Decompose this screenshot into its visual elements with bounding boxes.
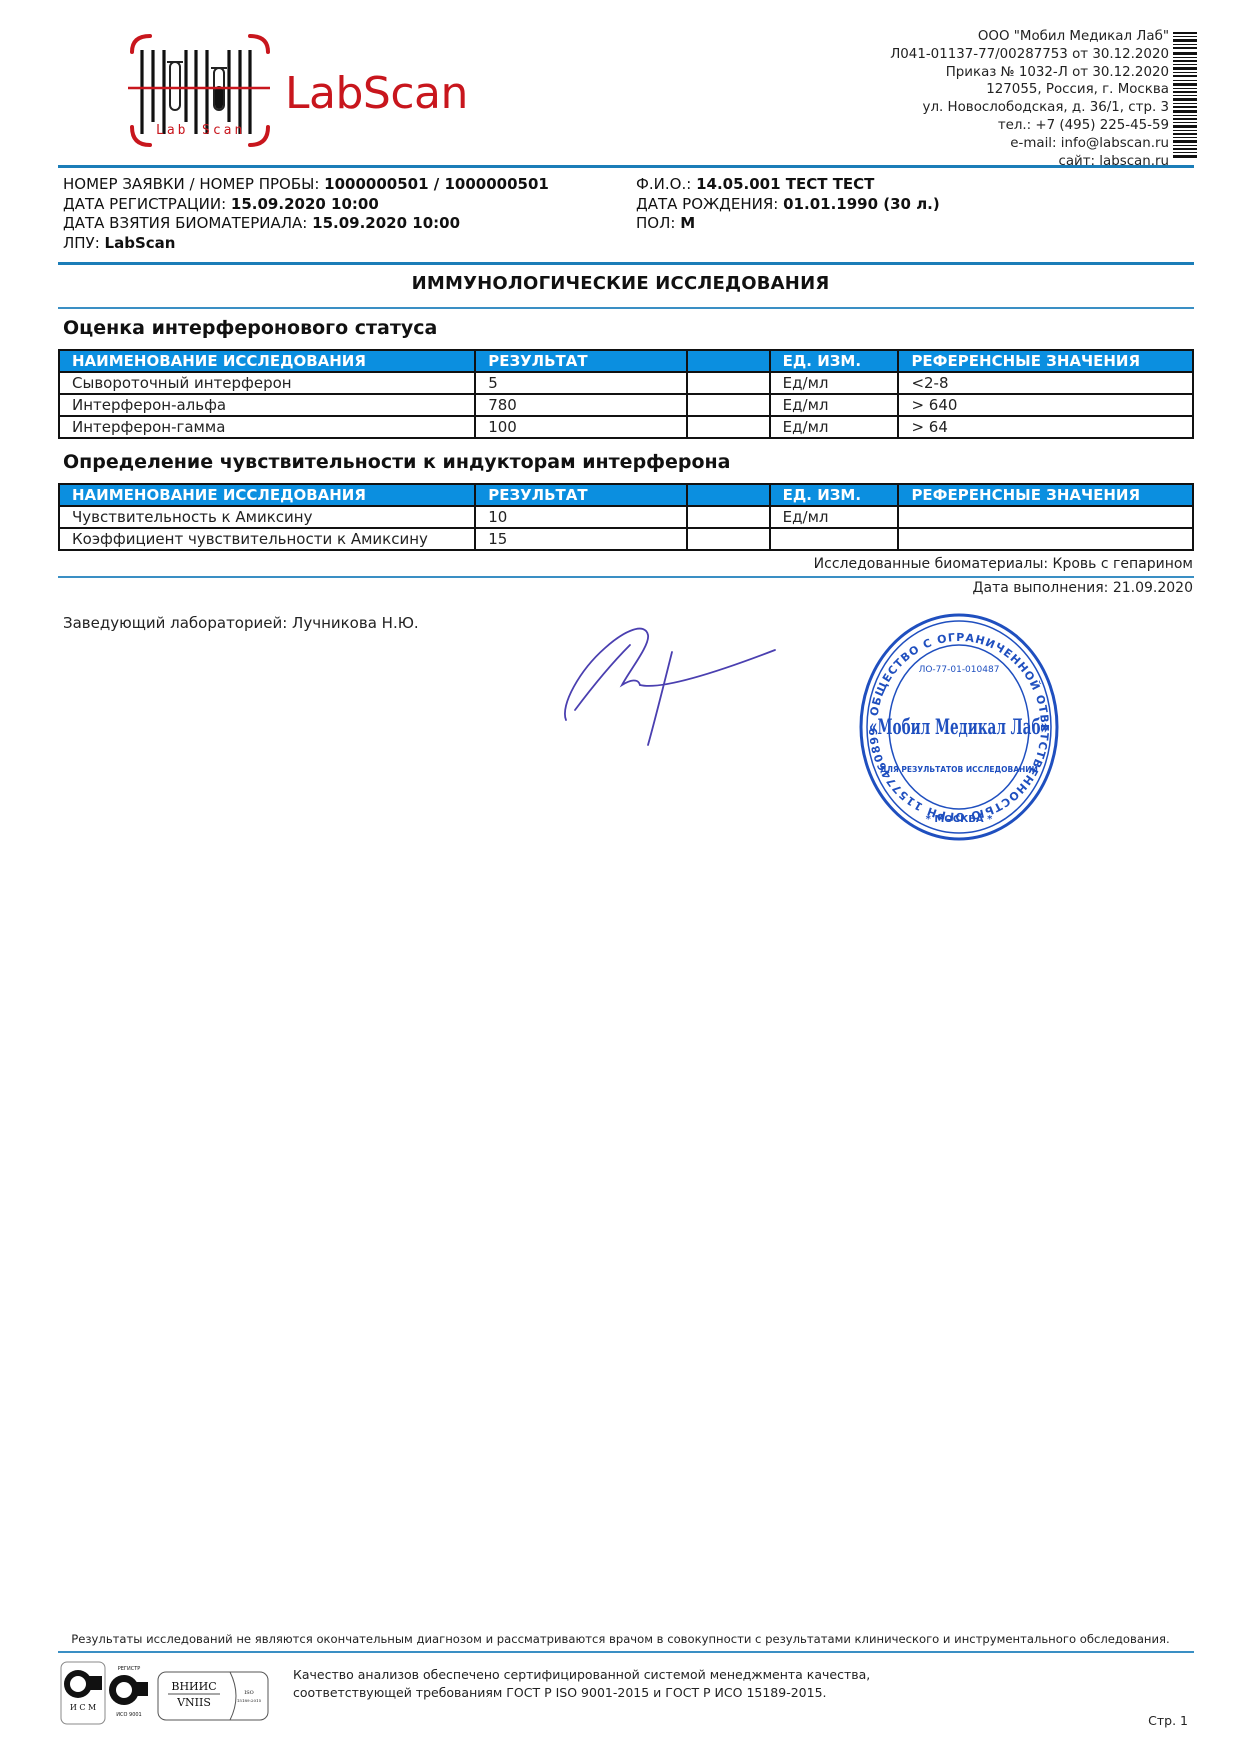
svg-text:* МОСКВА *: * МОСКВА * bbox=[926, 814, 994, 825]
test-result: 10 bbox=[475, 506, 687, 528]
test-flag bbox=[687, 506, 770, 528]
registration-date: ДАТА РЕГИСТРАЦИИ: 15.09.2020 10:00 bbox=[63, 195, 549, 215]
svg-text:15189:2015: 15189:2015 bbox=[237, 1698, 262, 1703]
lpu: ЛПУ: LabScan bbox=[63, 234, 549, 254]
footer-disclaimer: Результаты исследований не являются окон… bbox=[0, 1632, 1241, 1646]
svg-text:И С М: И С М bbox=[70, 1703, 96, 1712]
table-row: Сывороточный интерферон 5 Ед/мл <2-8 bbox=[59, 372, 1193, 394]
company-order: Приказ № 1032-Л от 30.12.2020 bbox=[890, 64, 1169, 82]
test-name: Сывороточный интерферон bbox=[59, 372, 475, 394]
biomaterial-note: Исследованные биоматериалы: Кровь с гепа… bbox=[814, 556, 1193, 572]
quality-line-2: соответствующей требованиям ГОСТ Р ISO 9… bbox=[293, 1684, 870, 1702]
section-divider-top bbox=[58, 262, 1194, 265]
col-header-name: НАИМЕНОВАНИЕ ИССЛЕДОВАНИЯ bbox=[59, 350, 475, 372]
svg-text:ВНИИС: ВНИИС bbox=[171, 1680, 216, 1693]
order-info: НОМЕР ЗАЯВКИ / НОМЕР ПРОБЫ: 1000000501 /… bbox=[63, 175, 549, 253]
company-name: ООО "Мобил Медикал Лаб" bbox=[890, 28, 1169, 46]
table-row: Интерферон-альфа 780 Ед/мл > 640 bbox=[59, 394, 1193, 416]
svg-text:ЛО-77-01-010487: ЛО-77-01-010487 bbox=[919, 665, 1000, 675]
registr-iso9001-icon: РЕГИСТР ИСО 9001 bbox=[109, 1666, 148, 1718]
test-name: Интерферон-гамма bbox=[59, 416, 475, 438]
test-flag bbox=[687, 394, 770, 416]
col-header-reference: РЕФЕРЕНСНЫЕ ЗНАЧЕНИЯ bbox=[898, 350, 1193, 372]
svg-text:Lab: Lab bbox=[156, 123, 188, 138]
test-flag bbox=[687, 528, 770, 550]
col-header-flag bbox=[687, 484, 770, 506]
table-header-row: НАИМЕНОВАНИЕ ИССЛЕДОВАНИЯ РЕЗУЛЬТАТ ЕД. … bbox=[59, 350, 1193, 372]
biomaterial-divider bbox=[58, 576, 1194, 578]
col-header-result: РЕЗУЛЬТАТ bbox=[475, 484, 687, 506]
svg-text:РЕГИСТР: РЕГИСТР bbox=[118, 1666, 141, 1672]
page-number: Стр. 1 bbox=[1148, 1713, 1188, 1728]
test-result: 15 bbox=[475, 528, 687, 550]
patient-name: Ф.И.О.: 14.05.001 ТЕСТ ТЕСТ bbox=[636, 175, 940, 195]
test-flag bbox=[687, 416, 770, 438]
test-reference: > 640 bbox=[898, 394, 1193, 416]
vniis-iso15189-icon: ВНИИС VNIIS ISO 15189:2015 bbox=[158, 1672, 268, 1720]
quality-statement: Качество анализов обеспечено сертифициро… bbox=[293, 1666, 870, 1702]
patient-sex: ПОЛ: М bbox=[636, 214, 940, 234]
results-table-interferon-status: НАИМЕНОВАНИЕ ИССЛЕДОВАНИЯ РЕЗУЛЬТАТ ЕД. … bbox=[58, 349, 1194, 439]
quality-line-1: Качество анализов обеспечено сертифициро… bbox=[293, 1666, 870, 1684]
test-unit: Ед/мл bbox=[770, 506, 899, 528]
logo-text: LabScan bbox=[285, 68, 468, 119]
test-flag bbox=[687, 372, 770, 394]
col-header-unit: ЕД. ИЗМ. bbox=[770, 350, 899, 372]
table-row: Коэффициент чувствительности к Амиксину … bbox=[59, 528, 1193, 550]
sample-date: ДАТА ВЗЯТИЯ БИОМАТЕРИАЛА: 15.09.2020 10:… bbox=[63, 214, 549, 234]
company-city: 127055, Россия, г. Москва bbox=[890, 81, 1169, 99]
table-row: Интерферон-гамма 100 Ед/мл > 64 bbox=[59, 416, 1193, 438]
order-number: НОМЕР ЗАЯВКИ / НОМЕР ПРОБЫ: 1000000501 /… bbox=[63, 175, 549, 195]
test-reference bbox=[898, 506, 1193, 528]
test-reference: <2-8 bbox=[898, 372, 1193, 394]
col-header-unit: ЕД. ИЗМ. bbox=[770, 484, 899, 506]
svg-text:ИСО 9001: ИСО 9001 bbox=[116, 1712, 141, 1718]
test-unit: Ед/мл bbox=[770, 416, 899, 438]
svg-text:ДЛЯ РЕЗУЛЬТАТОВ ИССЛЕДОВАНИЙ: ДЛЯ РЕЗУЛЬТАТОВ ИССЛЕДОВАНИЙ bbox=[880, 765, 1038, 774]
rst-certification-icon: И С М bbox=[61, 1662, 105, 1724]
test-result: 100 bbox=[475, 416, 687, 438]
table-row: Чувствительность к Амиксину 10 Ед/мл bbox=[59, 506, 1193, 528]
header-divider bbox=[58, 165, 1194, 168]
handwritten-signature-icon bbox=[560, 610, 790, 760]
col-header-flag bbox=[687, 350, 770, 372]
vertical-barcode-icon bbox=[1173, 32, 1197, 160]
table-header-row: НАИМЕНОВАНИЕ ИССЛЕДОВАНИЯ РЕЗУЛЬТАТ ЕД. … bbox=[59, 484, 1193, 506]
barcode-test-tube-logo-icon: Lab Scan bbox=[128, 30, 288, 155]
company-phone[interactable]: тел.: +7 (495) 225-45-59 bbox=[890, 117, 1169, 135]
test-result: 5 bbox=[475, 372, 687, 394]
test-unit: Ед/мл bbox=[770, 372, 899, 394]
labscan-logo: Lab Scan LabScan bbox=[128, 30, 498, 155]
patient-dob: ДАТА РОЖДЕНИЯ: 01.01.1990 (30 л.) bbox=[636, 195, 940, 215]
section-title: ИММУНОЛОГИЧЕСКИЕ ИССЛЕДОВАНИЯ bbox=[0, 273, 1241, 294]
head-of-lab: Заведующий лабораторией: Лучникова Н.Ю. bbox=[63, 614, 419, 632]
col-header-reference: РЕФЕРЕНСНЫЕ ЗНАЧЕНИЯ bbox=[898, 484, 1193, 506]
company-info: ООО "Мобил Медикал Лаб" Л041-01137-77/00… bbox=[890, 28, 1169, 170]
svg-text:Scan: Scan bbox=[202, 123, 245, 138]
svg-text:ISO: ISO bbox=[244, 1690, 254, 1696]
svg-text:VNIIS: VNIIS bbox=[176, 1696, 211, 1709]
test-result: 780 bbox=[475, 394, 687, 416]
company-email[interactable]: e-mail: info@labscan.ru bbox=[890, 135, 1169, 153]
execution-date: Дата выполнения: 21.09.2020 bbox=[973, 580, 1193, 596]
company-stamp-icon: ОБЩЕСТВО С ОГРАНИЧЕННОЙ ОТВЕТСТВЕННОСТЬЮ… bbox=[858, 612, 1060, 842]
group-title-inductor-sensitivity: Определение чувствительности к индуктора… bbox=[63, 451, 731, 473]
test-unit bbox=[770, 528, 899, 550]
company-license: Л041-01137-77/00287753 от 30.12.2020 bbox=[890, 46, 1169, 64]
company-street: ул. Новослободская, д. 36/1, стр. 3 bbox=[890, 99, 1169, 117]
certification-logos: И С М РЕГИСТР ИСО 9001 ВНИИС VNIIS ISO 1… bbox=[60, 1660, 270, 1726]
group-title-interferon-status: Оценка интерферонового статуса bbox=[63, 317, 437, 339]
col-header-result: РЕЗУЛЬТАТ bbox=[475, 350, 687, 372]
test-name: Коэффициент чувствительности к Амиксину bbox=[59, 528, 475, 550]
footer-divider bbox=[58, 1651, 1194, 1653]
test-reference: > 64 bbox=[898, 416, 1193, 438]
test-name: Интерферон-альфа bbox=[59, 394, 475, 416]
test-unit: Ед/мл bbox=[770, 394, 899, 416]
patient-info: Ф.И.О.: 14.05.001 ТЕСТ ТЕСТ ДАТА РОЖДЕНИ… bbox=[636, 175, 940, 234]
results-table-inductor-sensitivity: НАИМЕНОВАНИЕ ИССЛЕДОВАНИЯ РЕЗУЛЬТАТ ЕД. … bbox=[58, 483, 1194, 551]
col-header-name: НАИМЕНОВАНИЕ ИССЛЕДОВАНИЯ bbox=[59, 484, 475, 506]
svg-text:«Мобил Медикал Лаб»: «Мобил Медикал Лаб» bbox=[869, 714, 1049, 739]
test-name: Чувствительность к Амиксину bbox=[59, 506, 475, 528]
test-reference bbox=[898, 528, 1193, 550]
section-divider-bottom bbox=[58, 307, 1194, 309]
